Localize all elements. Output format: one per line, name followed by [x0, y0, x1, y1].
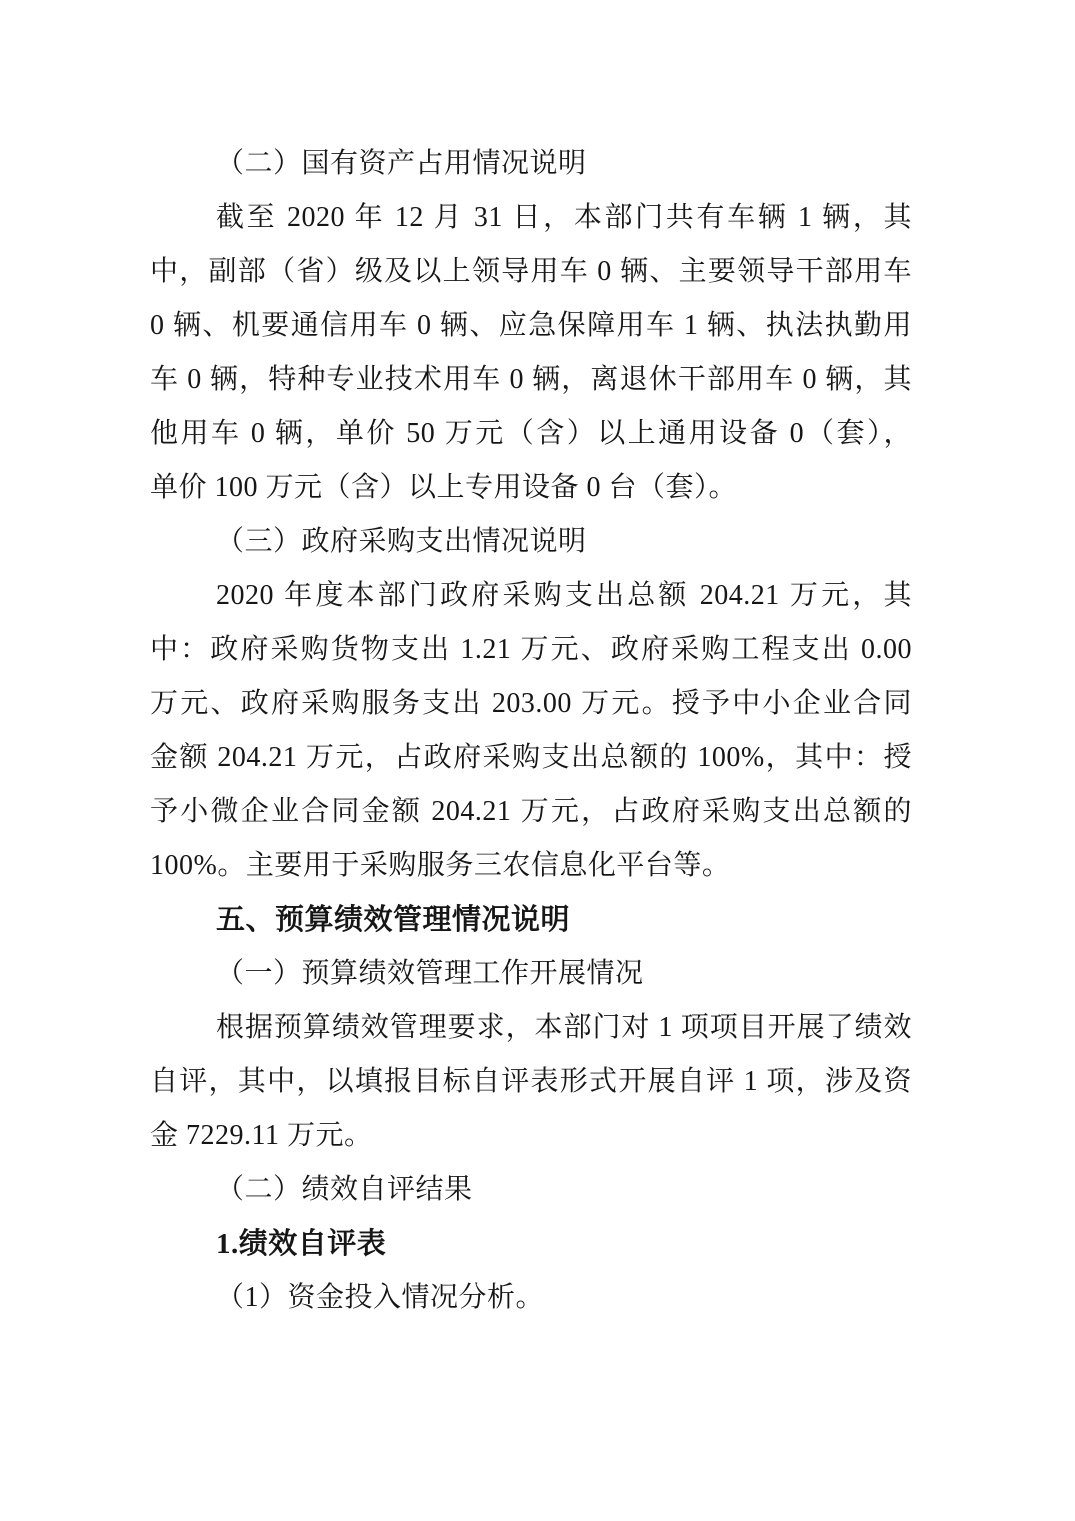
paragraph-line: 中：政府采购货物支出 1.21 万元、政府采购工程支出 0.00: [150, 623, 912, 677]
subsection-heading-performance-work: （一）预算绩效管理工作开展情况: [150, 947, 912, 1001]
paragraph-line: 2020 年度本部门政府采购支出总额 204.21 万元，其: [150, 569, 912, 623]
subsection-heading-procurement: （三）政府采购支出情况说明: [150, 515, 912, 569]
subsection-heading-self-evaluation: （二）绩效自评结果: [150, 1163, 912, 1217]
paragraph-line: 金额 204.21 万元，占政府采购支出总额的 100%，其中：授: [150, 731, 912, 785]
paragraph-line: 中，副部（省）级及以上领导用车 0 辆、主要领导干部用车: [150, 245, 912, 299]
text-block: （二）国有资产占用情况说明 截至 2020 年 12 月 31 日，本部门共有车…: [150, 137, 912, 1325]
subheading-self-evaluation-table: 1.绩效自评表: [150, 1217, 912, 1271]
paragraph-line: 车 0 辆，特种专业技术用车 0 辆，离退休干部用车 0 辆，其: [150, 353, 912, 407]
paragraph-line: 予小微企业合同金额 204.21 万元，占政府采购支出总额的: [150, 785, 912, 839]
section-heading-performance: 五、预算绩效管理情况说明: [150, 893, 912, 947]
paragraph-line: 他用车 0 辆，单价 50 万元（含）以上通用设备 0（套），: [150, 407, 912, 461]
document-page: （二）国有资产占用情况说明 截至 2020 年 12 月 31 日，本部门共有车…: [0, 0, 1075, 1521]
item-heading-fund-input-analysis: （1）资金投入情况分析。: [150, 1271, 912, 1325]
paragraph-line: 单价 100 万元（含）以上专用设备 0 台（套）。: [150, 461, 912, 515]
paragraph-line: 金 7229.11 万元。: [150, 1109, 912, 1163]
paragraph-line: 万元、政府采购服务支出 203.00 万元。授予中小企业合同: [150, 677, 912, 731]
paragraph-line: 自评，其中，以填报目标自评表形式开展自评 1 项，涉及资: [150, 1055, 912, 1109]
subsection-heading-state-assets: （二）国有资产占用情况说明: [150, 137, 912, 191]
paragraph-line: 根据预算绩效管理要求，本部门对 1 项项目开展了绩效: [150, 1001, 912, 1055]
paragraph-line: 截至 2020 年 12 月 31 日，本部门共有车辆 1 辆，其: [150, 191, 912, 245]
paragraph-line: 100%。主要用于采购服务三农信息化平台等。: [150, 839, 912, 893]
paragraph-line: 0 辆、机要通信用车 0 辆、应急保障用车 1 辆、执法执勤用: [150, 299, 912, 353]
